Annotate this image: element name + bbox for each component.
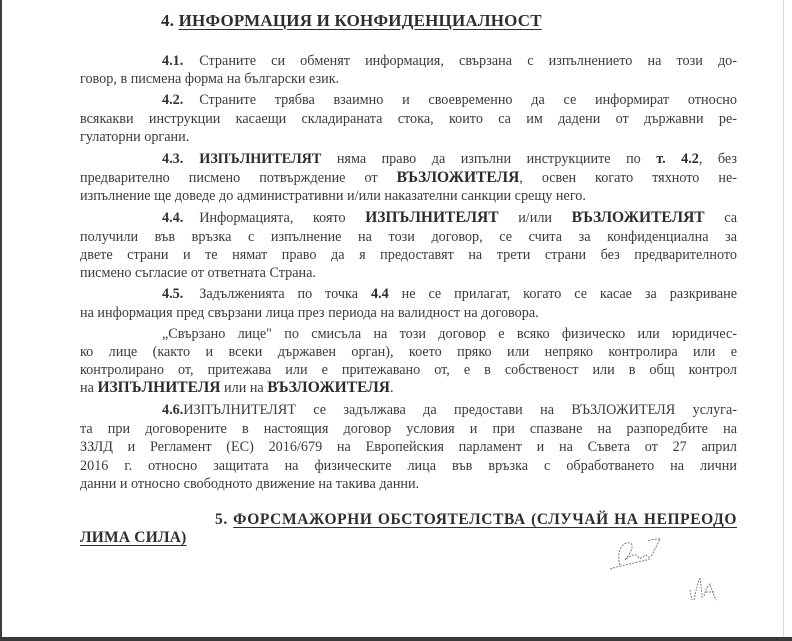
clause-4-4-line-1: 4.4.Информацията, която ИЗПЪЛНИТЕЛЯТ и/и… (162, 209, 737, 227)
section-4-title: ИНФОРМАЦИЯ И КОНФИДЕНЦИАЛНОСТ (179, 11, 542, 30)
related-person-line-4: на ИЗПЪЛНИТЕЛЯ или на ВЪЗЛОЖИТЕЛЯ. (80, 379, 737, 397)
clause-reference: 4.4 (371, 286, 389, 302)
clause-4-4-line-4: писмено съгласие от ответната Страна. (80, 264, 737, 282)
section-5-number: 5. (215, 511, 228, 528)
clause-text: , освен когато тяхното не- (519, 170, 737, 186)
clause-text: са (724, 210, 737, 226)
clause-4-2-line-3: гулаторни органи. (80, 128, 737, 146)
clause-4-6-line-4: 2016 г. относно защитата на физическите … (80, 457, 737, 475)
related-person-line-2: ко лице (както и всеки държавен орган), … (80, 343, 737, 361)
clause-4-5-line-2: на информация пред свързани лица през пе… (80, 304, 737, 322)
clause-4-3-number: 4.3. (162, 151, 183, 167)
contractor-term: ИЗПЪЛНИТЕЛЯ (97, 379, 220, 396)
clause-4-6-line-2: та при договорените в настоящия договор … (80, 420, 737, 438)
clause-text: Страните трябва взаимно и своевременно д… (199, 92, 737, 108)
clause-4-4-line-2: получили във връзка с изпълнение на този… (80, 228, 737, 246)
clause-text: на (80, 380, 94, 396)
section-5-heading-cont: ЛИМА СИЛА) (80, 529, 186, 547)
related-person-line-1: „Свързано лице" по смисъла на този догов… (162, 325, 737, 343)
clause-4-4-number: 4.4. (162, 210, 183, 226)
related-person-line-3: контролирано от, притежава или е притежа… (80, 361, 737, 379)
clause-4-3-line-3: изпълнение ще доведе до административни … (80, 187, 737, 205)
clause-4-1-number: 4.1. (162, 53, 183, 69)
initials-icon (686, 574, 720, 604)
clause-4-6-line-3: ЗЗЛД и Регламент (ЕС) 2016/679 на Европе… (80, 438, 737, 456)
clause-text: и/или (518, 210, 552, 226)
clause-text: предварително писмено потвърждение от (80, 170, 378, 186)
contractor-term: ИЗПЪЛНИТЕЛЯТ (199, 151, 321, 167)
clause-4-1-line-1: 4.1.Страните си обменят информация, свър… (162, 52, 737, 70)
clause-text: Страните си обменят информация, свързана… (199, 53, 737, 69)
clause-4-6-number: 4.6. (162, 402, 183, 418)
clause-4-5-line-1: 4.5.Задълженията по точка 4.4 не се прил… (162, 285, 737, 303)
viewer-bottom-bar (0, 637, 792, 641)
clause-4-5-number: 4.5. (162, 286, 183, 302)
section-5-title-line-1: ФОРСМАЖОРНИ ОБСТОЯТЕЛСТВА (СЛУЧАЙ НА НЕП… (233, 511, 737, 528)
section-5-title-line-2: ЛИМА СИЛА) (80, 529, 186, 546)
page-left-border (0, 0, 2, 641)
clause-4-6-line-5: данни и относно свободното движение на т… (80, 475, 737, 493)
clause-text: не се прилагат, когато се касае за разкр… (402, 286, 737, 302)
section-4-number: 4. (161, 11, 174, 30)
signature-icon (602, 535, 672, 573)
clause-text: , без (699, 151, 737, 167)
clause-4-2-number: 4.2. (162, 92, 183, 108)
section-5-heading: 5. ФОРСМАЖОРНИ ОБСТОЯТЕЛСТВА (СЛУЧАЙ НА … (215, 511, 737, 529)
clause-reference: т. 4.2 (656, 151, 699, 167)
clause-4-1-line-2: говор, в писмена форма на български език… (80, 70, 737, 88)
assignor-term: ВЪЗЛОЖИТЕЛЯ (267, 379, 390, 396)
assignor-term: ВЪЗЛОЖИТЕЛЯ (397, 169, 520, 186)
clause-4-2-line-1: 4.2.Страните трябва взаимно и своевремен… (162, 91, 737, 109)
clause-text: няма право да изпълни инструкциите по (337, 151, 641, 167)
clause-4-6-line-1: 4.6.ИЗПЪЛНИТЕЛЯТ се задължава да предост… (162, 401, 737, 419)
clause-text: Задълженията по точка (199, 286, 358, 302)
clause-text: или на (224, 380, 264, 396)
assignor-term: ВЪЗЛОЖИТЕЛЯТ (572, 209, 705, 226)
contractor-term: ИЗПЪЛНИТЕЛЯТ (365, 209, 498, 226)
clause-4-3-line-1: 4.3.ИЗПЪЛНИТЕЛЯТ няма право да изпълни и… (162, 150, 737, 168)
scan-edge-line (783, 0, 784, 637)
clause-text: Информацията, която (199, 210, 345, 226)
clause-4-3-line-2: предварително писмено потвърждение от ВЪ… (80, 169, 737, 187)
clause-text: ИЗПЪЛНИТЕЛЯТ се задължава да предостави … (183, 402, 737, 418)
clause-text: . (390, 380, 394, 396)
section-4-heading: 4. ИНФОРМАЦИЯ И КОНФИДЕНЦИАЛНОСТ (161, 11, 542, 31)
clause-4-4-line-3: двете страни и те нямат право да я предо… (80, 246, 737, 264)
clause-4-2-line-2: всякакви инструкции касаещи складираната… (80, 110, 737, 128)
